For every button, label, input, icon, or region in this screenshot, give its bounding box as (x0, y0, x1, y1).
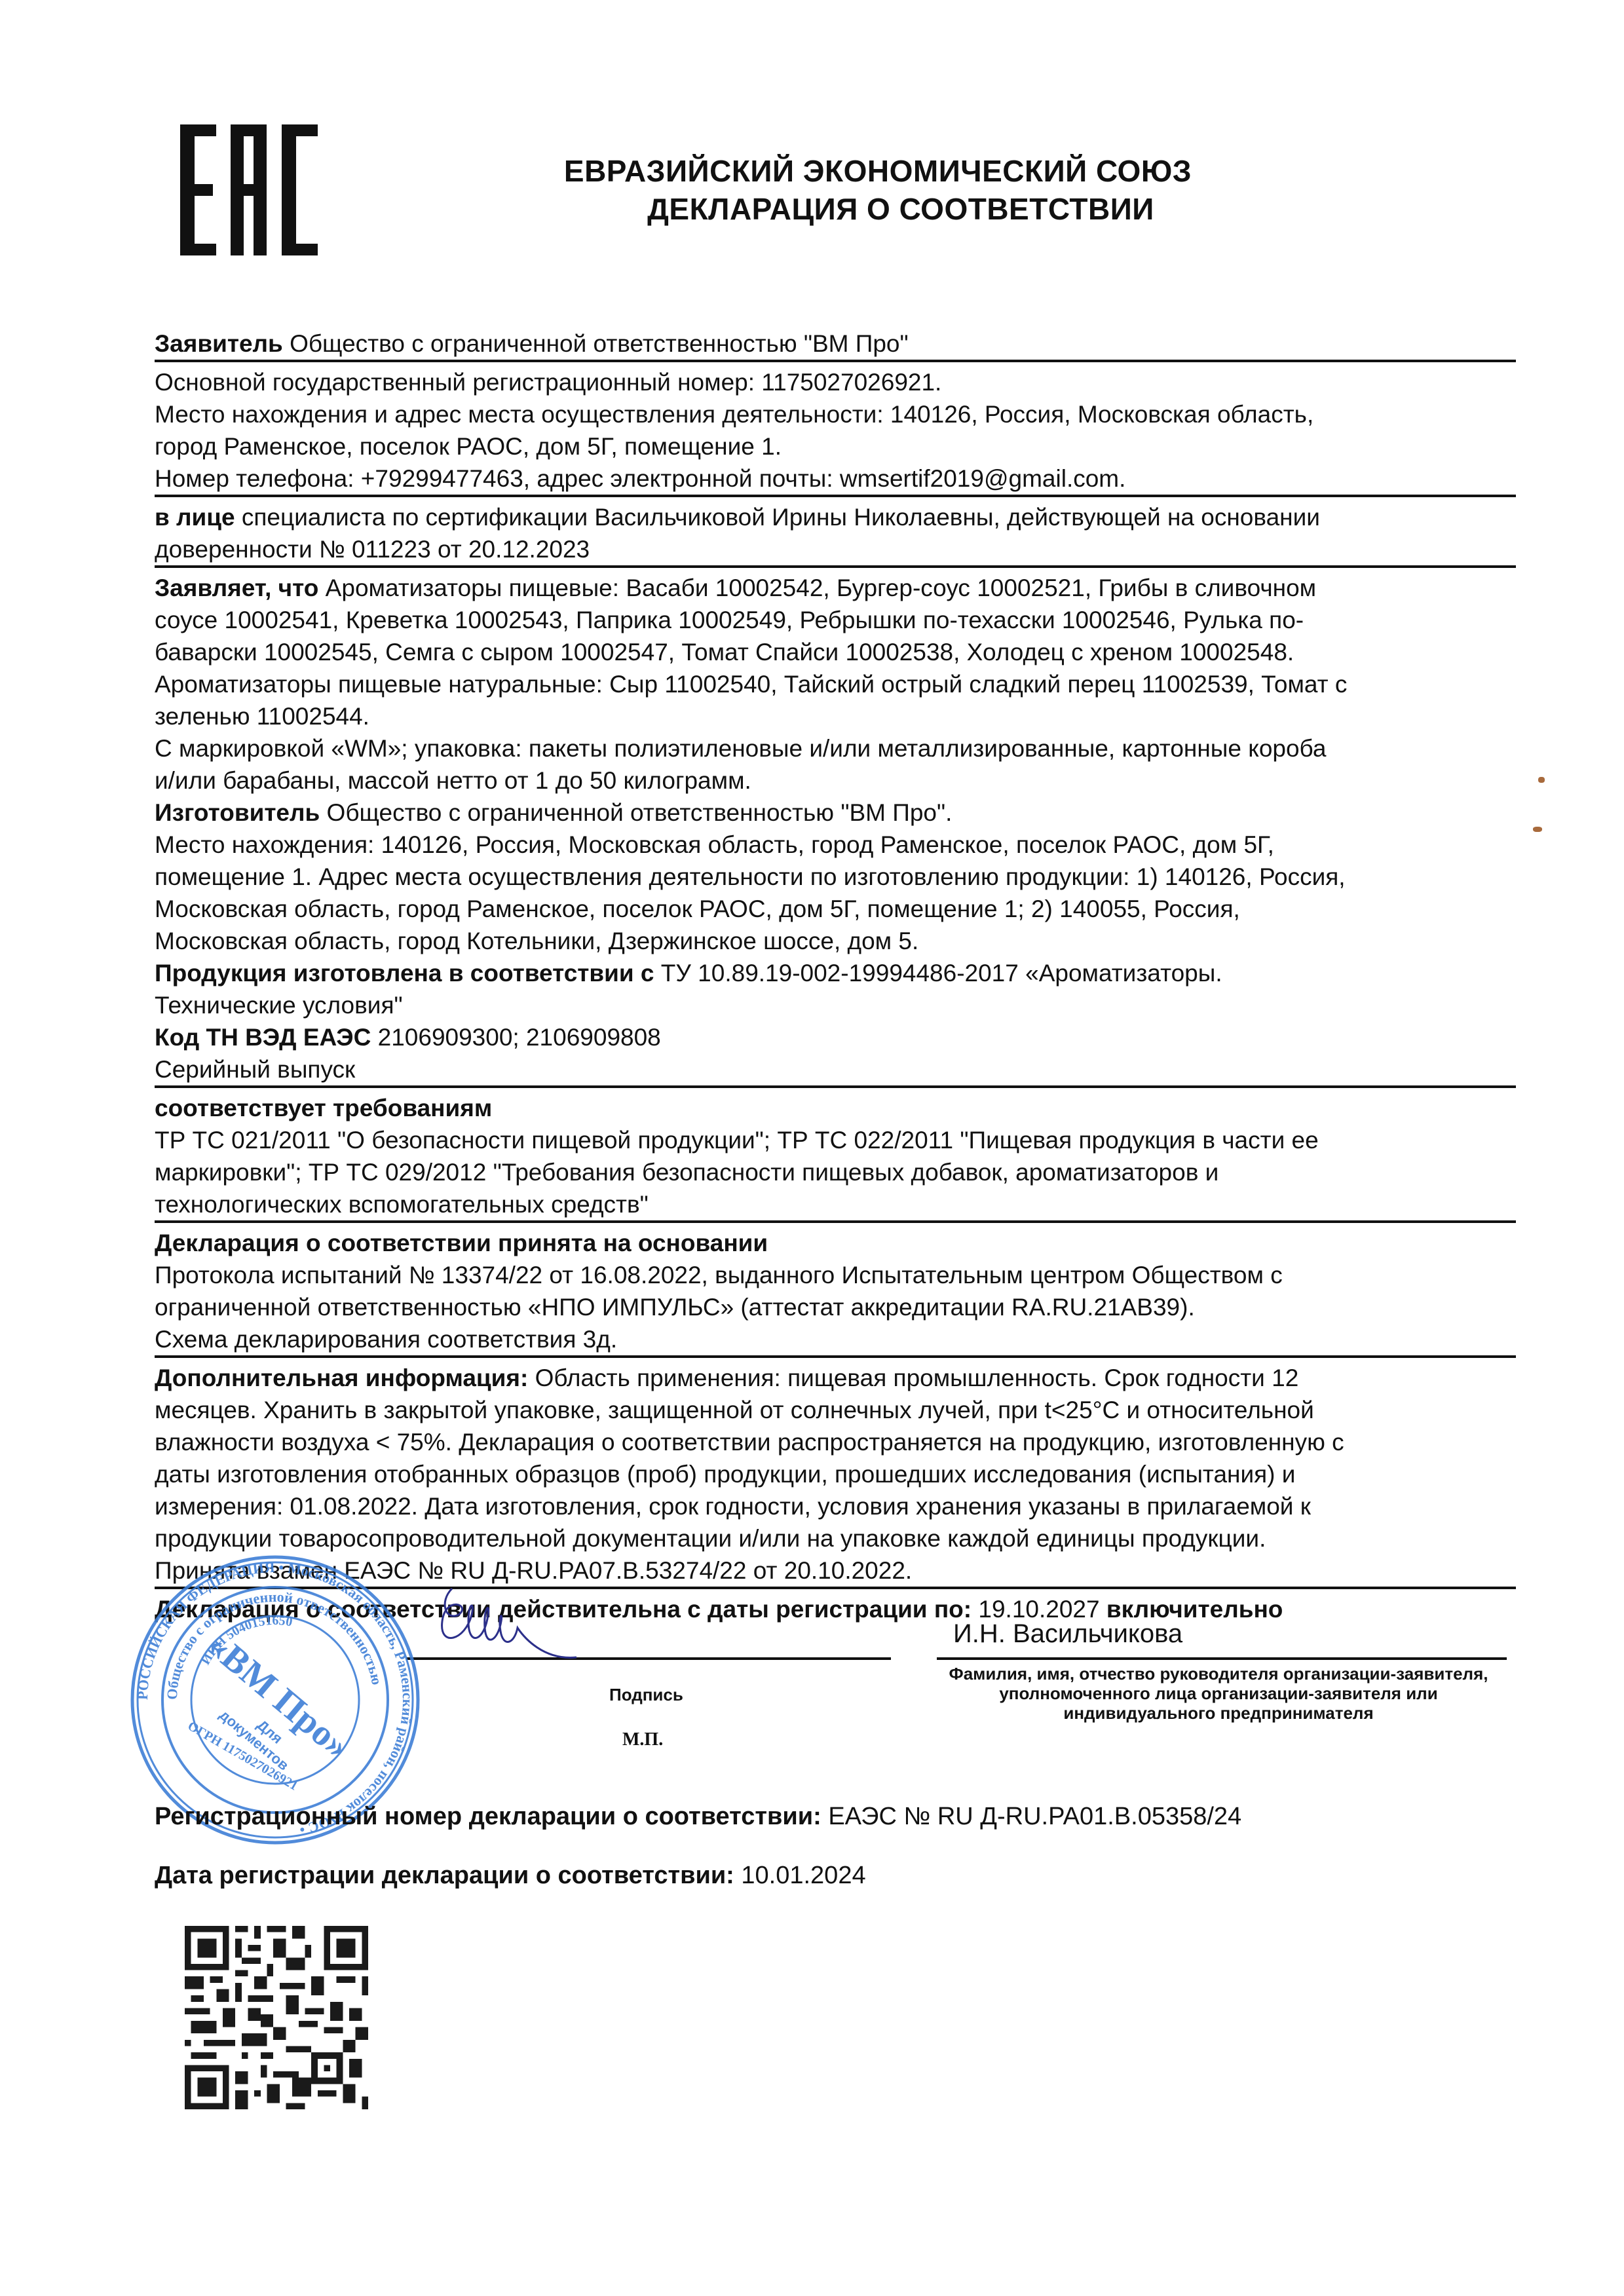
registration-number-label: Регистрационный номер декларации о соотв… (155, 1803, 821, 1830)
production-standard-cont: Технические условия" (155, 989, 1516, 1021)
manufacturer-label: Изготовитель (155, 799, 320, 826)
tnved-value: 2106909300; 2106909808 (371, 1024, 660, 1051)
production-label: Продукция изготовлена в соответствии с (155, 960, 654, 987)
additional-line: месяцев. Хранить в закрытой упаковке, за… (155, 1394, 1516, 1426)
scan-speck (1538, 777, 1545, 783)
header-declaration-title: ДЕКЛАРАЦИЯ О СООТВЕТСТВИИ (485, 190, 1271, 228)
signer-caption-line: индивидуального предпринимателя (930, 1703, 1507, 1723)
qr-code-icon[interactable] (185, 1926, 368, 2109)
applicant-name: Общество с ограниченной ответственностью… (283, 330, 909, 357)
validity-suffix: включительно (1100, 1596, 1283, 1623)
manufacturer-row: Изготовитель Общество с ограниченной отв… (155, 797, 1516, 829)
production-row: Продукция изготовлена в соответствии с Т… (155, 957, 1516, 989)
representative-poa: доверенности № 011223 от 20.12.2023 (155, 533, 1516, 568)
registration-number-row: Регистрационный номер декларации о соотв… (155, 1803, 1241, 1831)
handwritten-signature-icon (432, 1575, 590, 1661)
representative-label: в лице (155, 504, 235, 531)
applicant-ogrn: Основной государственный регистрационный… (155, 366, 1516, 398)
manufacturer-address: помещение 1. Адрес места осуществления д… (155, 861, 1516, 893)
basis-label: Декларация о соответствии принята на осн… (155, 1227, 1516, 1259)
document-header: ЕВРАЗИЙСКИЙ ЭКОНОМИЧЕСКИЙ СОЮЗ ДЕКЛАРАЦИ… (485, 152, 1271, 228)
additional-line: измерения: 01.08.2022. Дата изготовления… (155, 1490, 1516, 1522)
additional-line: Область применения: пищевая промышленнос… (528, 1364, 1298, 1391)
basis-line: Протокола испытаний № 13374/22 от 16.08.… (155, 1259, 1516, 1291)
signer-caption-line: уполномоченного лица организации-заявите… (930, 1684, 1507, 1703)
declaration-body: Заявитель Общество с ограниченной ответс… (155, 328, 1516, 1625)
declaration-scheme: Схема декларирования соответствия 3д. (155, 1323, 1516, 1358)
basis-line: ограниченной ответственностью «НПО ИМПУЛ… (155, 1291, 1516, 1323)
registration-date: 10.01.2024 (734, 1862, 866, 1889)
signer-caption: Фамилия, имя, отчество руководителя орга… (930, 1664, 1507, 1723)
applicant-contacts: Номер телефона: +79299477463, адрес элек… (155, 462, 1516, 497)
compliance-label: соответствует требованиям (155, 1092, 1516, 1124)
packaging-line: С маркировкой «WM»; упаковка: пакеты пол… (155, 732, 1516, 764)
registration-number: ЕАЭС № RU Д-RU.PA01.B.05358/24 (821, 1803, 1241, 1830)
packaging-line: и/или барабаны, массой нетто от 1 до 50 … (155, 764, 1516, 797)
signer-name-line (937, 1657, 1507, 1660)
applicant-address-2: город Раменское, поселок РАОС, дом 5Г, п… (155, 430, 1516, 462)
header-union-title: ЕВРАЗИЙСКИЙ ЭКОНОМИЧЕСКИЙ СОЮЗ (485, 152, 1271, 190)
signer-caption-line: Фамилия, имя, отчество руководителя орга… (930, 1664, 1507, 1684)
signer-name: И.Н. Васильчикова (953, 1619, 1182, 1649)
representative-row: в лице специалиста по сертификации Васил… (155, 501, 1516, 533)
tnved-row: Код ТН ВЭД ЕАЭС 2106909300; 2106909808 (155, 1021, 1516, 1053)
signature-label: Подпись (609, 1685, 683, 1705)
product-line: зеленью 11002544. (155, 700, 1516, 732)
product-line: Ароматизаторы пищевые: Васаби 10002542, … (318, 574, 1316, 601)
regulation-line: ТР ТС 021/2011 "О безопасности пищевой п… (155, 1124, 1516, 1156)
tnved-label: Код ТН ВЭД ЕАЭС (155, 1024, 371, 1051)
declares-label: Заявляет, что (155, 574, 318, 601)
applicant-label: Заявитель (155, 330, 283, 357)
regulation-line: маркировки"; ТР ТС 029/2012 "Требования … (155, 1156, 1516, 1188)
additional-line: даты изготовления отобранных образцов (п… (155, 1458, 1516, 1490)
additional-row: Дополнительная информация: Область приме… (155, 1362, 1516, 1394)
registration-date-row: Дата регистрации декларации о соответств… (155, 1862, 866, 1890)
additional-line: продукции товаросопроводительной докумен… (155, 1522, 1516, 1554)
applicant-address-1: Место нахождения и адрес места осуществл… (155, 398, 1516, 430)
product-line: Ароматизаторы пищевые натуральные: Сыр 1… (155, 668, 1516, 700)
regulation-line: технологических вспомогательных средств" (155, 1188, 1516, 1223)
manufacturer-address: Московская область, город Раменское, пос… (155, 893, 1516, 925)
manufacturer-address: Московская область, город Котельники, Дз… (155, 925, 1516, 957)
additional-label: Дополнительная информация: (155, 1364, 528, 1391)
registration-date-label: Дата регистрации декларации о соответств… (155, 1862, 734, 1889)
production-standard: ТУ 10.89.19-002-19994486-2017 «Ароматиза… (654, 960, 1222, 987)
product-line: соусе 10002541, Креветка 10002543, Папри… (155, 604, 1516, 636)
product-line: баварски 10002545, Семга с сыром 1000254… (155, 636, 1516, 668)
additional-line: влажности воздуха < 75%. Декларация о со… (155, 1426, 1516, 1458)
manufacturer-address: Место нахождения: 140126, Россия, Москов… (155, 829, 1516, 861)
validity-date: 19.10.2027 (972, 1596, 1099, 1623)
eac-mark-icon (177, 124, 328, 255)
representative-text: специалиста по сертификации Васильчиково… (235, 504, 1320, 531)
scan-speck (1533, 827, 1542, 832)
declares-row: Заявляет, что Ароматизаторы пищевые: Вас… (155, 572, 1516, 604)
release-type: Серийный выпуск (155, 1053, 1516, 1088)
seal-label: М.П. (622, 1729, 663, 1750)
applicant-row: Заявитель Общество с ограниченной ответс… (155, 328, 1516, 362)
manufacturer-name: Общество с ограниченной ответственностью… (320, 799, 952, 826)
